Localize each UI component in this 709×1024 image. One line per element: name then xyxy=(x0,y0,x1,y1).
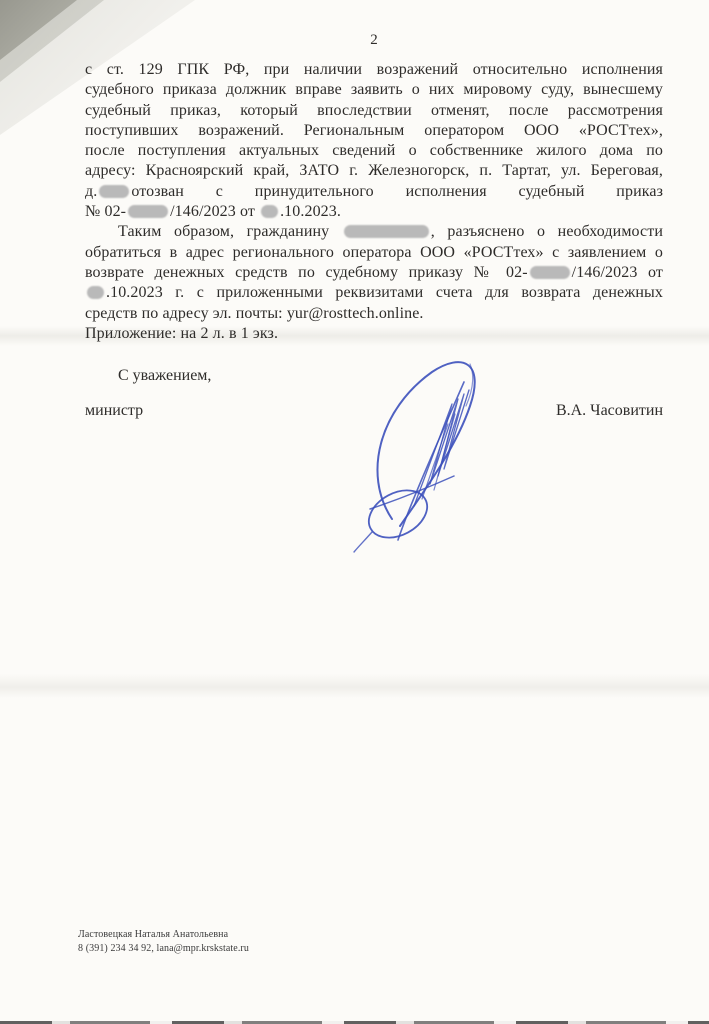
redaction-blur xyxy=(344,225,429,238)
page-number: 2 xyxy=(85,30,663,50)
body-line: поступивших возражений. Региональным опе… xyxy=(85,121,663,141)
body-text-segment: , разъяснено о необходимости xyxy=(431,223,663,240)
body-line: после поступления актуальных сведений о … xyxy=(85,141,663,161)
body-line: Приложение: на 2 л. в 1 экз. xyxy=(85,324,663,344)
body-line: обратиться в адрес регионального операто… xyxy=(85,243,663,263)
signer-title: министр xyxy=(85,401,143,421)
body-text-segment: адресу: Красноярский край, ЗАТО г. Желез… xyxy=(85,162,663,179)
redaction-blur xyxy=(530,266,570,279)
scanned-letter-page: 2 с ст. 129 ГПК РФ, при наличии возражен… xyxy=(0,0,709,1024)
body-text-segment: с ст. 129 ГПК РФ, при наличии возражений… xyxy=(85,61,663,78)
body-text-segment: Приложение: на 2 л. в 1 экз. xyxy=(85,325,278,342)
redaction-blur xyxy=(128,205,168,218)
body-line: Таким образом, гражданину , разъяснено о… xyxy=(85,222,663,242)
contact-phone-email: 8 (391) 234 34 92, lana@mpr.krskstate.ru xyxy=(78,942,249,956)
body-text-segment: /146/2023 от xyxy=(170,203,259,220)
body-line: средств по адресу эл. почты: yur@rosttec… xyxy=(85,304,663,324)
body-line: возврате денежных средств по судебному п… xyxy=(85,263,663,283)
body-text-segment: отозван с принудительного исполнения суд… xyxy=(131,183,663,200)
body-text-segment: средств по адресу эл. почты: yur@rosttec… xyxy=(85,305,424,322)
body-text-segment: судебного приказа должник вправе заявить… xyxy=(85,81,663,98)
body-line: судебный приказ, который впоследствии от… xyxy=(85,101,663,121)
redaction-blur xyxy=(261,205,278,218)
redaction-blur xyxy=(87,286,104,299)
scan-crease-band-lower xyxy=(0,674,709,698)
body-line: судебного приказа должник вправе заявить… xyxy=(85,80,663,100)
body-line: .10.2023 г. с приложенными реквизитами с… xyxy=(85,283,663,303)
redaction-blur xyxy=(99,185,129,198)
contact-name: Ластовецкая Наталья Анатольевна xyxy=(78,928,249,942)
body-line: № 02-/146/2023 от .10.2023. xyxy=(85,202,663,222)
body-text-segment: возврате денежных средств по судебному п… xyxy=(85,264,528,281)
body-line: с ст. 129 ГПК РФ, при наличии возражений… xyxy=(85,60,663,80)
signer-name: В.А. Часовитин xyxy=(556,401,663,421)
body-text-segment: обратиться в адрес регионального операто… xyxy=(85,244,663,261)
body-text-segment: поступивших возражений. Региональным опе… xyxy=(85,122,663,139)
body-text-segment: судебный приказ, который впоследствии от… xyxy=(85,102,663,119)
body-text-segment: Таким образом, гражданину xyxy=(118,223,342,240)
body-text-segment: .10.2023 г. с приложенными реквизитами с… xyxy=(106,284,663,301)
footer-contact: Ластовецкая Наталья Анатольевна 8 (391) … xyxy=(78,928,249,955)
body-text-segment: д. xyxy=(85,183,97,200)
body-text-segment: .10.2023. xyxy=(280,203,341,220)
body-line: д.отозван с принудительного исполнения с… xyxy=(85,182,663,202)
body-text-segment: № 02- xyxy=(85,203,126,220)
body-text: с ст. 129 ГПК РФ, при наличии возражений… xyxy=(85,60,663,344)
handwritten-signature xyxy=(352,354,512,554)
body-line: адресу: Красноярский край, ЗАТО г. Желез… xyxy=(85,161,663,181)
body-text-segment: /146/2023 от xyxy=(572,264,663,281)
body-text-segment: после поступления актуальных сведений о … xyxy=(85,142,663,159)
